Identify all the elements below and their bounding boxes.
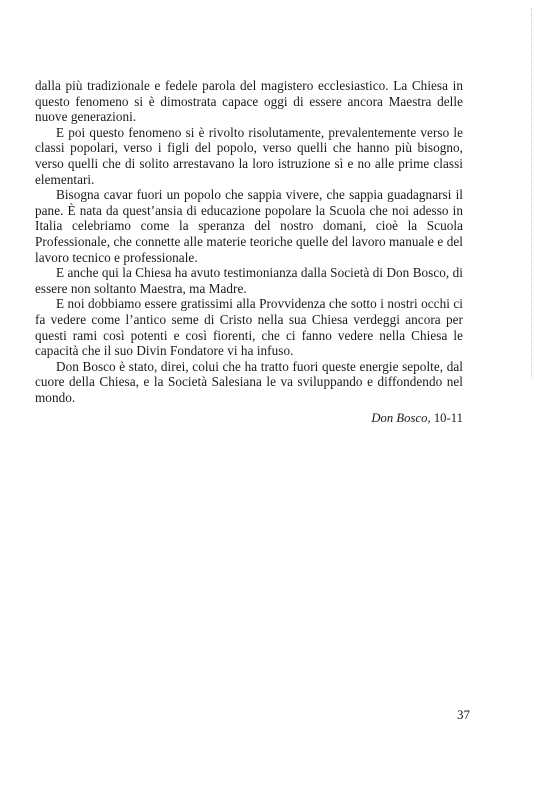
paragraph-4: E anche qui la Chiesa ha avuto testimoni… — [35, 265, 463, 296]
paragraph-1: dalla più tradizionale e fedele parola d… — [35, 78, 463, 125]
citation-pages: , 10-11 — [427, 411, 463, 425]
citation-work-title: Don Bosco — [371, 411, 427, 425]
page-body: dalla più tradizionale e fedele parola d… — [35, 78, 463, 427]
paragraph-3: Bisogna cavar fuori un popolo che sappia… — [35, 187, 463, 265]
paragraph-6: Don Bosco è stato, direi, colui che ha t… — [35, 359, 463, 406]
source-citation: Don Bosco, 10-11 — [35, 411, 463, 427]
page-number: 37 — [457, 707, 470, 723]
paragraph-2: E poi questo fenomeno si è rivolto risol… — [35, 125, 463, 187]
scan-edge-artifact — [531, 8, 532, 378]
paragraph-5: E noi dobbiamo essere gratissimi alla Pr… — [35, 296, 463, 358]
